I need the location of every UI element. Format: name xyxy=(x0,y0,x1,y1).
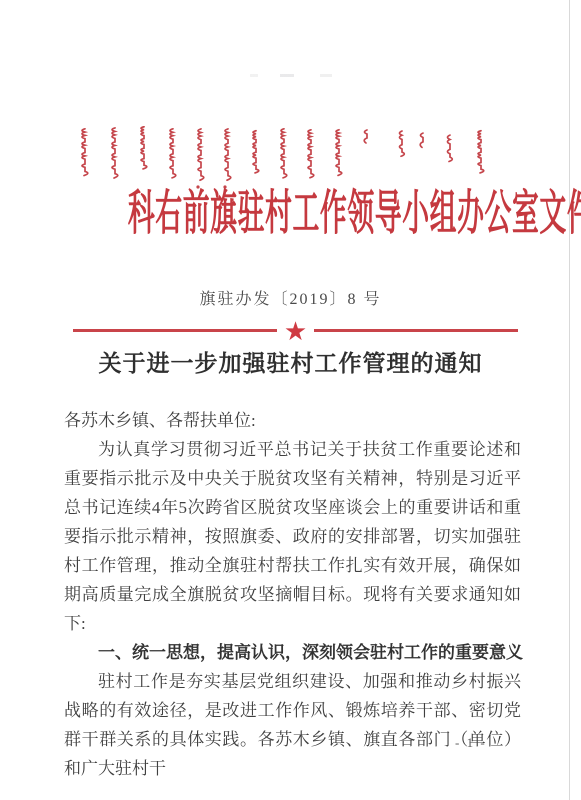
scan-noise xyxy=(250,74,370,77)
page-number: - 1 - xyxy=(455,735,535,751)
red-divider: ★ xyxy=(73,318,518,342)
mongolian-script-banner-icon xyxy=(60,126,520,192)
document-number: 旗驻办发〔2019〕8 号 xyxy=(0,286,581,309)
document-page: 科右前旗驻村工作领导小组办公室文件 旗驻办发〔2019〕8 号 ★ 关于进一步加… xyxy=(0,0,581,800)
star-icon: ★ xyxy=(277,320,314,344)
divider-rule-left xyxy=(73,329,277,332)
section-1-paragraph: 驻村工作是夯实基层党组织建设、加强和推动乡村振兴战略的有效途径，是改进工作作风、… xyxy=(64,667,521,783)
section-1-heading: 一、统一思想，提高认识，深刻领会驻村工作的重要意义 xyxy=(64,638,521,667)
divider-rule-right xyxy=(314,329,518,332)
document-title: 关于进一步加强驻村工作管理的通知 xyxy=(0,345,581,378)
intro-paragraph: 为认真学习贯彻习近平总书记关于扶贫工作重要论述和重要指示批示及中央关于脱贫攻坚有… xyxy=(64,435,521,638)
office-title: 科右前旗驻村工作领导小组办公室文件 xyxy=(128,186,453,242)
document-body: 各苏木乡镇、各帮扶单位: 为认真学习贯彻习近平总书记关于扶贫工作重要论述和重要指… xyxy=(64,406,521,783)
salutation: 各苏木乡镇、各帮扶单位: xyxy=(64,406,521,435)
scan-edge-line xyxy=(569,0,570,800)
